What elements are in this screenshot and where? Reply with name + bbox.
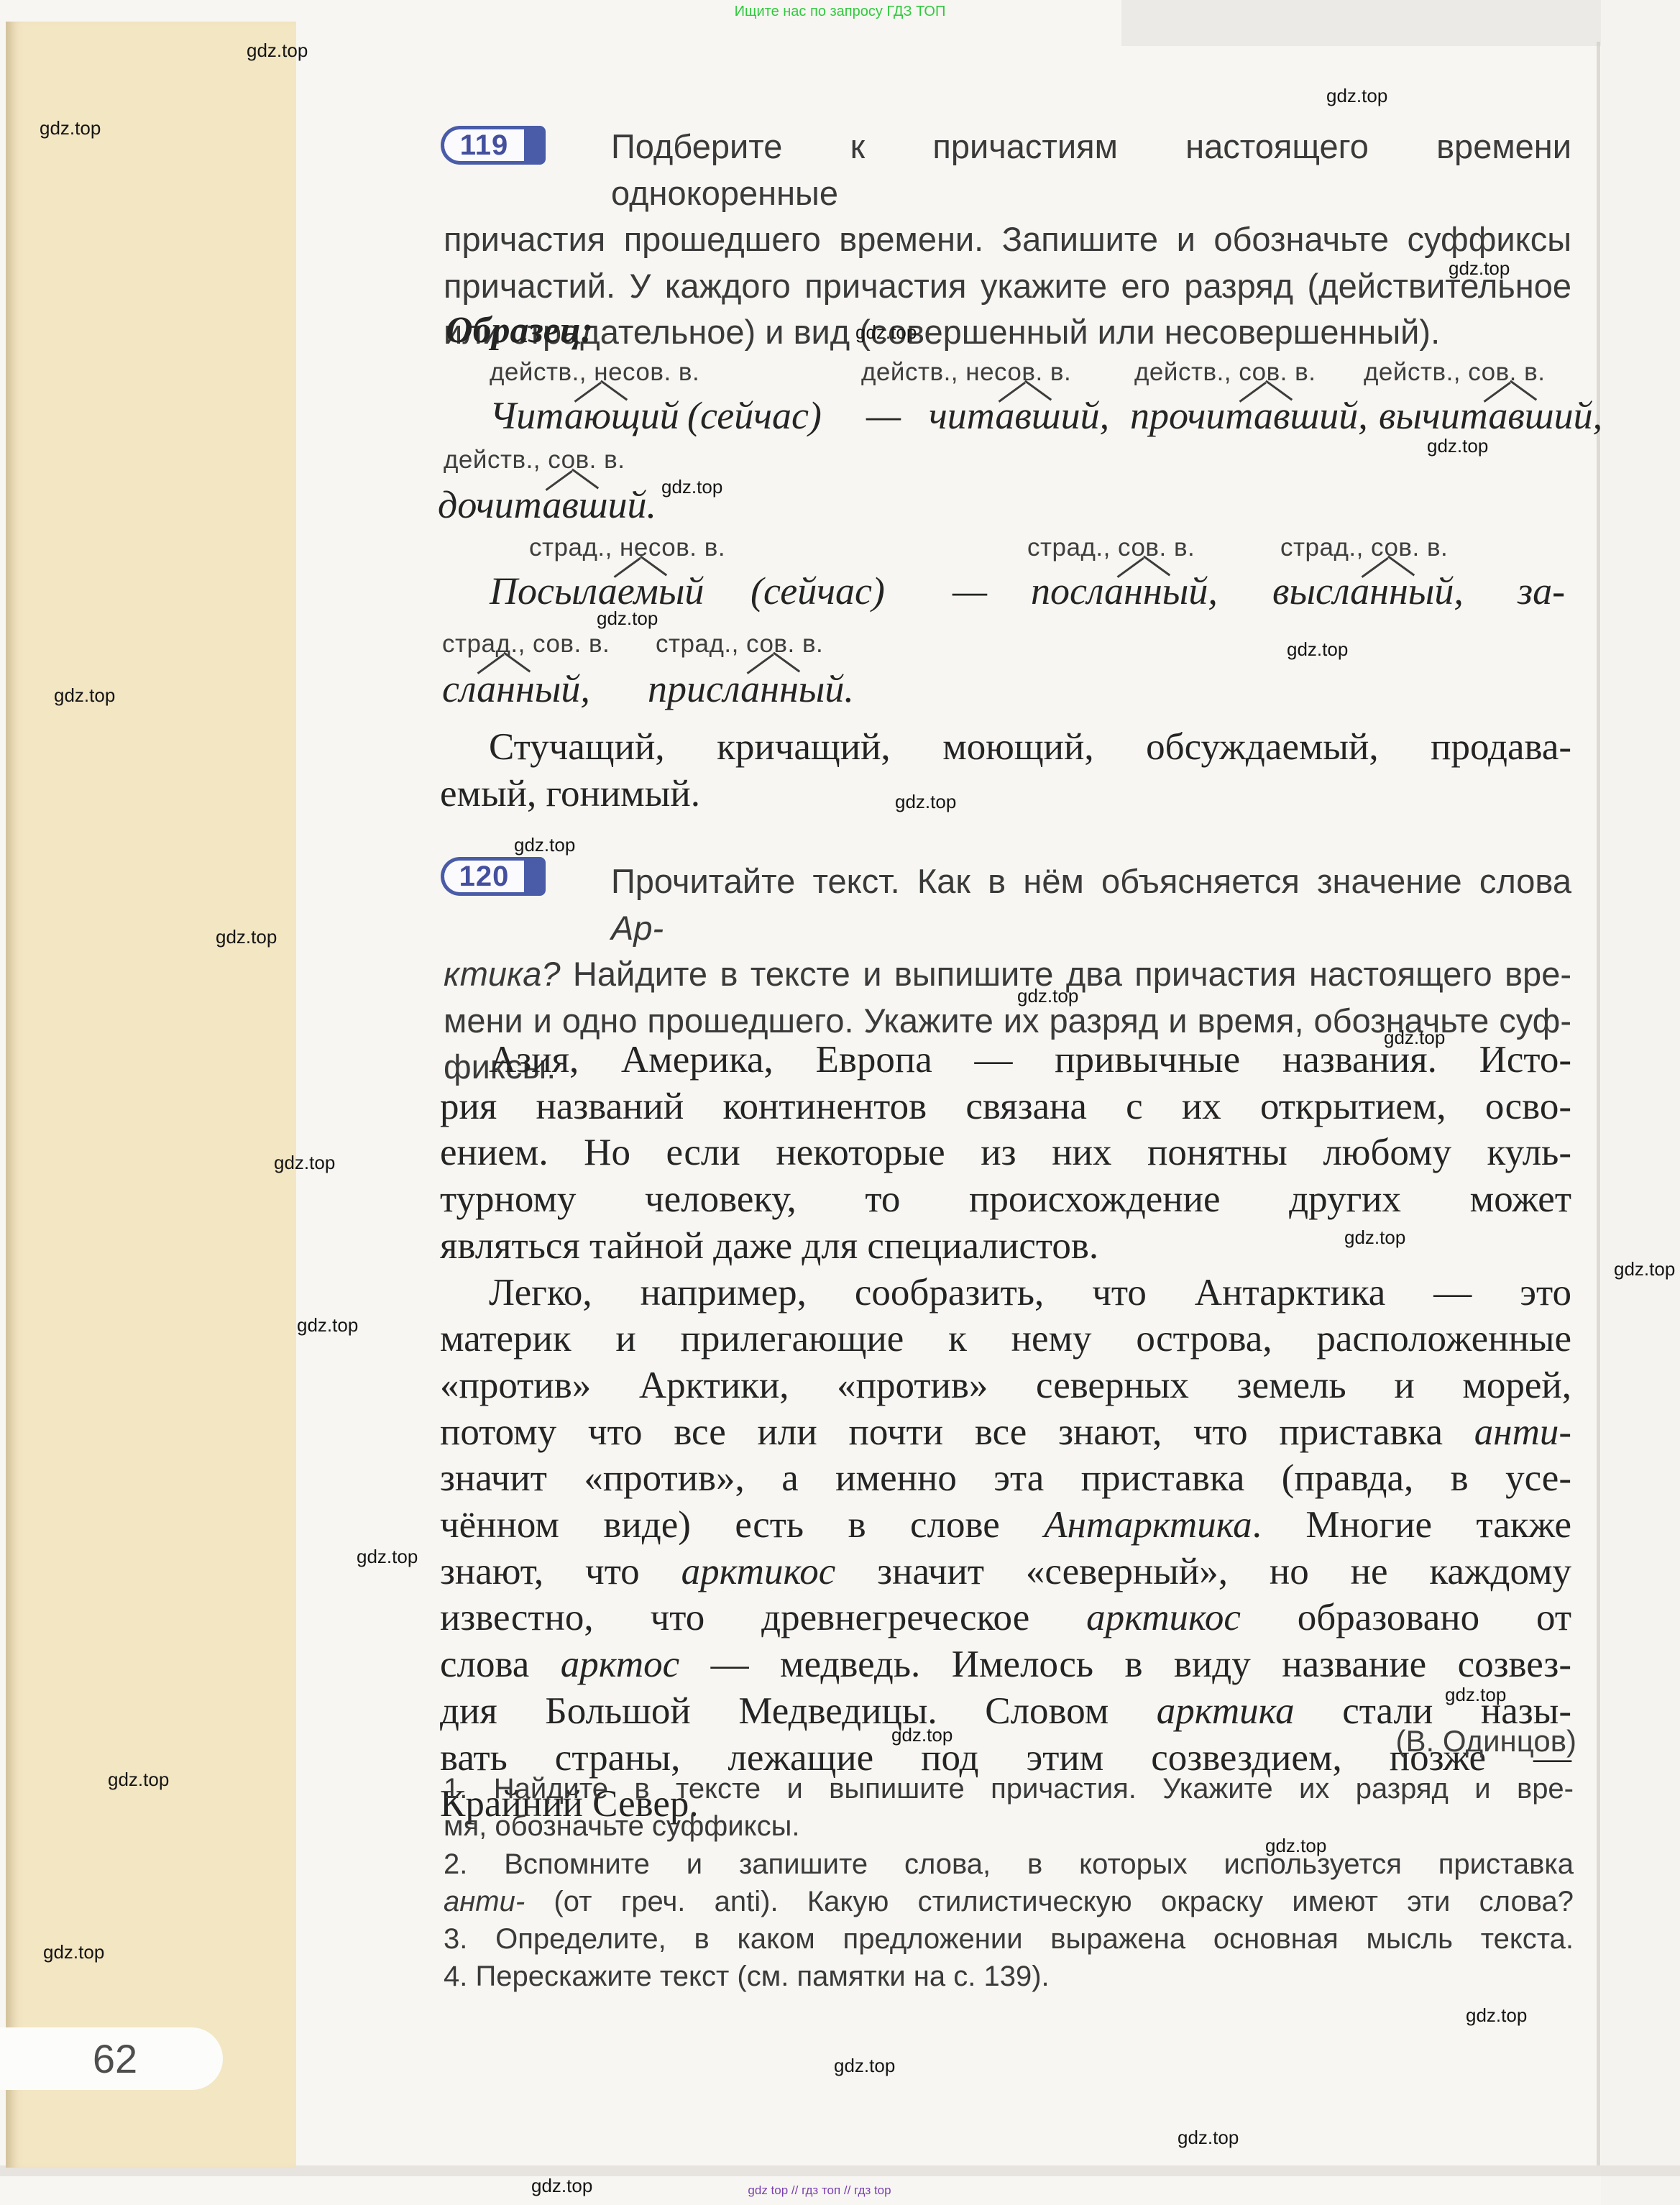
watermark: gdz.top [216,926,277,948]
watermark: gdz.top [514,834,575,856]
watermark: gdz.top [1326,85,1387,106]
text-segment: — медведь. Имелось в виду название созве… [679,1644,1571,1685]
obrazec-label: страд., сов. в. [1280,533,1448,562]
obrazec-word: присланный. [648,667,854,710]
watermark: gdz.top [108,1769,169,1790]
text-line: потому что все или почти все знают, что … [440,1409,1571,1456]
obrazec-title: Образец: [446,311,593,351]
text-segment: образовано от [1241,1597,1571,1638]
wordlist-line: емый, гонимый. [440,771,1571,817]
watermark: gdz.top [891,1724,953,1746]
text-segment: потому что все или почти все знают, что … [440,1411,1474,1453]
watermark: gdz.top [855,321,917,343]
instruction-line: ктика? Найдите в тексте и выпишите два п… [444,951,1571,998]
exercise-119-wordlist: Стучащий, кричащий, моющий, обсуждаемый,… [440,724,1571,817]
text-segment: значит «северный», но не каждому [835,1551,1571,1592]
reading-text: Азия, Америка, Европа — привычные назван… [440,1037,1571,1828]
obrazec-dash: — [953,569,987,613]
question-line: мя, обозначьте суффиксы. [444,1807,1574,1845]
obrazec-word: (сейчас) [687,394,822,437]
text-line: материк и прилегающие к нему острова, ра… [440,1316,1571,1362]
italic-term: арктикос [681,1551,836,1592]
watermark: gdz.top [247,40,308,61]
watermark: gdz.top [1427,435,1488,457]
instruction-line: или страдательное) и вид (совершенный ил… [444,309,1571,356]
text-segment: знают, что [440,1551,681,1592]
watermark: gdz.top [531,2175,592,2196]
instruction-line: причастия прошедшего времени. Запишите и… [444,216,1571,263]
instruction-line: Подберите к причастиям настоящего времен… [444,124,1571,216]
wordlist-line: Стучащий, кричащий, моющий, обсуждаемый,… [440,724,1571,771]
watermark: gdz.top [357,1546,418,1567]
scan-right-margin [1601,0,1680,2205]
text-segment: Прочитайте текст. Как в нём объясняется … [611,862,1571,900]
obrazec-word: Посылаемый [490,569,704,613]
obrazec-word: читавший, [929,394,1109,437]
italic-term: ктика? [444,955,560,993]
obrazec-word: сланный, [442,667,590,710]
question-line: анти- (от греч. anti). Какую стилистичес… [444,1883,1574,1920]
text-line: турному человеку, то происхождение други… [440,1176,1571,1223]
text-segment: чённом виде) есть в слове [440,1504,1044,1546]
watermark: gdz.top [297,1314,358,1336]
obrazec-word: посланный, [1031,569,1218,613]
page-right-edge-line [1597,42,1600,2165]
page-number-pill: 62 [0,2027,223,2090]
obrazec-label: действ., сов. в. [1364,358,1545,387]
obrazec-word: Читающий [490,394,679,437]
question-line: 2. Вспомните и запишите слова, в которых… [444,1846,1574,1883]
obrazec-label: страд., сов. в. [656,630,823,659]
italic-term: анти- [1474,1411,1571,1453]
obrazec-word: прочитавший, [1130,394,1368,437]
watermark: gdz.top [1017,985,1078,1007]
text-segment: (от греч. anti). Какую стилистическую ок… [525,1886,1574,1917]
promo-header: Ищите нас по запросу ГДЗ ТОП [0,3,1680,20]
text-line: «против» Арктики, «против» северных земе… [440,1362,1571,1409]
obrazec-word: дочитавший. [438,483,656,526]
obrazec-label: страд., сов. в. [442,630,610,659]
italic-term: арктос [561,1644,679,1685]
watermark: gdz.top [895,791,956,812]
instruction-line: причастий. У каждого причастия укажите е… [444,263,1571,310]
italic-term: Ар- [611,909,664,947]
obrazec-label: страд., несов. в. [529,533,725,562]
text-line: Легко, например, сообразить, что Антаркт… [440,1270,1571,1316]
textbook-page-scan: 62 Ищите нас по запросу ГДЗ ТОП 119 Подб… [0,0,1680,2205]
text-line: слова арктос — медведь. Имелось в виду н… [440,1641,1571,1688]
obrazec-label: действ., несов. в. [490,358,699,387]
obrazec-label: действ., сов. в. [1134,358,1316,387]
watermark: gdz.top [834,2055,895,2076]
obrazec-word: высланный, [1272,569,1464,613]
footer-links: gdz top // гдз топ // гдз top [0,2183,1639,2199]
text-segment: . Многие также [1252,1504,1571,1546]
italic-term: арктикос [1086,1597,1241,1638]
page-number: 62 [93,2036,137,2081]
text-line: чённом виде) есть в слове Антарктика. Мн… [440,1502,1571,1549]
watermark: gdz.top [597,608,658,629]
obrazec-label: действ., сов. в. [444,446,625,475]
watermark: gdz.top [661,476,722,498]
obrazec-word: за- [1518,569,1565,613]
text-line: известно, что древнегреческое арктикос о… [440,1595,1571,1641]
watermark: gdz.top [40,117,101,139]
watermark: gdz.top [1344,1227,1405,1248]
watermark: gdz.top [1287,638,1348,660]
author-attribution: (В. Одинцов) [444,1724,1576,1759]
watermark: gdz.top [1445,1684,1506,1705]
question-line: 1. Найдите в тексте и выпишите причастия… [444,1770,1574,1807]
obrazec-label: действ., несов. в. [861,358,1071,387]
obrazec-word: вычитавший, [1379,394,1602,437]
questions-block: 1. Найдите в тексте и выпишите причастия… [444,1770,1574,1996]
question-line: 3. Определите, в каком предложении выраж… [444,1920,1574,1958]
text-line: рия названий континентов связана с их от… [440,1083,1571,1130]
text-segment: слова [440,1644,561,1685]
watermark: gdz.top [1614,1258,1675,1280]
watermark: gdz.top [1384,1027,1445,1048]
italic-term: Антарктика [1044,1504,1252,1546]
watermark: gdz.top [1449,257,1510,279]
italic-term: анти- [444,1886,525,1917]
watermark: gdz.top [1265,1835,1326,1856]
question-line: 4. Перескажите текст (см. памятки на с. … [444,1958,1574,1995]
text-segment: известно, что древнегреческое [440,1597,1086,1638]
watermark: gdz.top [274,1152,335,1173]
watermark: gdz.top [54,684,115,706]
text-line: значит «против», а именно эта приставка … [440,1455,1571,1502]
text-line: ением. Но если некоторые из них понятны … [440,1129,1571,1176]
obrazec-dash: — [866,394,901,437]
exercise-119-instruction: Подберите к причастиям настоящего времен… [444,124,1571,356]
watermark: gdz.top [43,1941,104,1963]
watermark: gdz.top [1178,2127,1239,2148]
obrazec-label: страд., сов. в. [1027,533,1195,562]
left-margin-band [6,22,296,2168]
text-line: знают, что арктикос значит «северный», н… [440,1549,1571,1595]
watermark: gdz.top [1466,2004,1527,2026]
instruction-line: Прочитайте текст. Как в нём объясняется … [444,858,1571,951]
obrazec-word: (сейчас) [751,569,885,613]
